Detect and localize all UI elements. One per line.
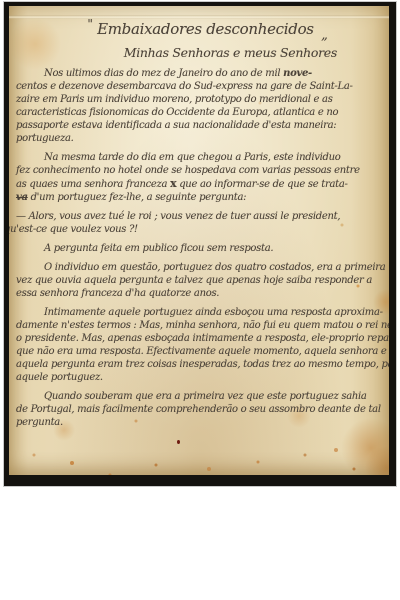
manuscript-line: fez conhecimento no hotel onde se hosped…: [16, 164, 385, 177]
manuscript-line: caracteristicas fisionomicas do Occident…: [16, 106, 385, 119]
manuscript-line: Intimamente aquele portuguez ainda esboç…: [16, 306, 385, 319]
manuscript-line: damente n'estes termos : Mas, minha senh…: [16, 319, 385, 332]
line-text: as quaes uma senhora franceza: [16, 179, 170, 190]
manuscript-line: portugueza.: [16, 132, 385, 145]
manuscript-line: va d'um portuguez fez-lhe, a seguinte pe…: [16, 191, 385, 204]
manuscript-line: de Portugal, mais facilmente comprehende…: [16, 403, 385, 416]
title-open-quote: ": [87, 17, 92, 31]
line-text: d'um portuguez fez-lhe, a seguinte pergu…: [28, 192, 247, 203]
paragraph-6: Intimamente aquele portuguez ainda esboç…: [16, 306, 385, 384]
paragraph-dialogue: — Alors, vous avez tué le roi ; vous ven…: [16, 210, 385, 236]
manuscript-line: zaire em Paris um individuo moreno, prot…: [16, 93, 385, 106]
manuscript-line: A pergunta feita em publico ficou sem re…: [16, 242, 385, 255]
title-close-quote: „: [318, 28, 327, 43]
manuscript-line: Quando souberam que era a primeira vez q…: [16, 390, 385, 403]
manuscript-line: vez que ouvia aquela pergunta e talvez q…: [16, 274, 385, 287]
manuscript-line: o presidente. Mas, apenas esboçada intim…: [16, 332, 385, 345]
manuscript-line: qu'est-ce que voulez vous ?!: [9, 223, 385, 236]
manuscript-line: passaporte estava identificada a sua nac…: [16, 119, 385, 132]
manuscript-body: Nos ultimos dias do mez de Janeiro do an…: [16, 67, 385, 429]
scan-background: " Embaixadores desconhecidos „ Minhas Se…: [4, 2, 396, 486]
line-text: que ao informar-se de que se trata-: [176, 179, 347, 190]
manuscript-page: " Embaixadores desconhecidos „ Minhas Se…: [9, 6, 389, 475]
scratched-word: va: [16, 192, 28, 203]
title-text: Embaixadores desconhecidos: [97, 20, 314, 38]
manuscript-line: centos e dezenove desembarcava do Sud-ex…: [16, 80, 385, 93]
manuscript-line: as quaes uma senhora franceza x que ao i…: [16, 177, 385, 191]
manuscript-line: essa senhora franceza d'ha quatorze anos…: [16, 287, 385, 300]
paragraph-2: Na mesma tarde do dia em que chegou a Pa…: [16, 151, 385, 204]
paragraph-5: O individuo em questão, portuguez dos qu…: [16, 261, 385, 300]
manuscript-line: O individuo em questão, portuguez dos qu…: [16, 261, 385, 274]
paragraph-7: Quando souberam que era a primeira vez q…: [16, 390, 385, 429]
manuscript-line: Nos ultimos dias do mez de Janeiro do an…: [16, 67, 385, 80]
page-title: " Embaixadores desconhecidos „: [16, 17, 385, 43]
manuscript-text: " Embaixadores desconhecidos „ Minhas Se…: [9, 6, 389, 475]
manuscript-line: aquela pergunta eram trez coisas inesper…: [16, 358, 385, 371]
line-text: Nos ultimos dias do mez de Janeiro do an…: [44, 68, 283, 79]
manuscript-line: aquele portuguez.: [16, 371, 385, 384]
manuscript-line: pergunta.: [16, 416, 385, 429]
overwritten-word: nove-: [283, 68, 312, 79]
manuscript-line: que não era uma resposta. Efectivamente …: [16, 345, 385, 358]
salutation: Minhas Senhoras e meus Senhores: [16, 45, 385, 60]
manuscript-line: Na mesma tarde do dia em que chegou a Pa…: [16, 151, 385, 164]
manuscript-line: — Alors, vous avez tué le roi ; vous ven…: [16, 210, 385, 223]
paragraph-1: Nos ultimos dias do mez de Janeiro do an…: [16, 67, 385, 145]
paragraph-4: A pergunta feita em publico ficou sem re…: [16, 242, 385, 255]
